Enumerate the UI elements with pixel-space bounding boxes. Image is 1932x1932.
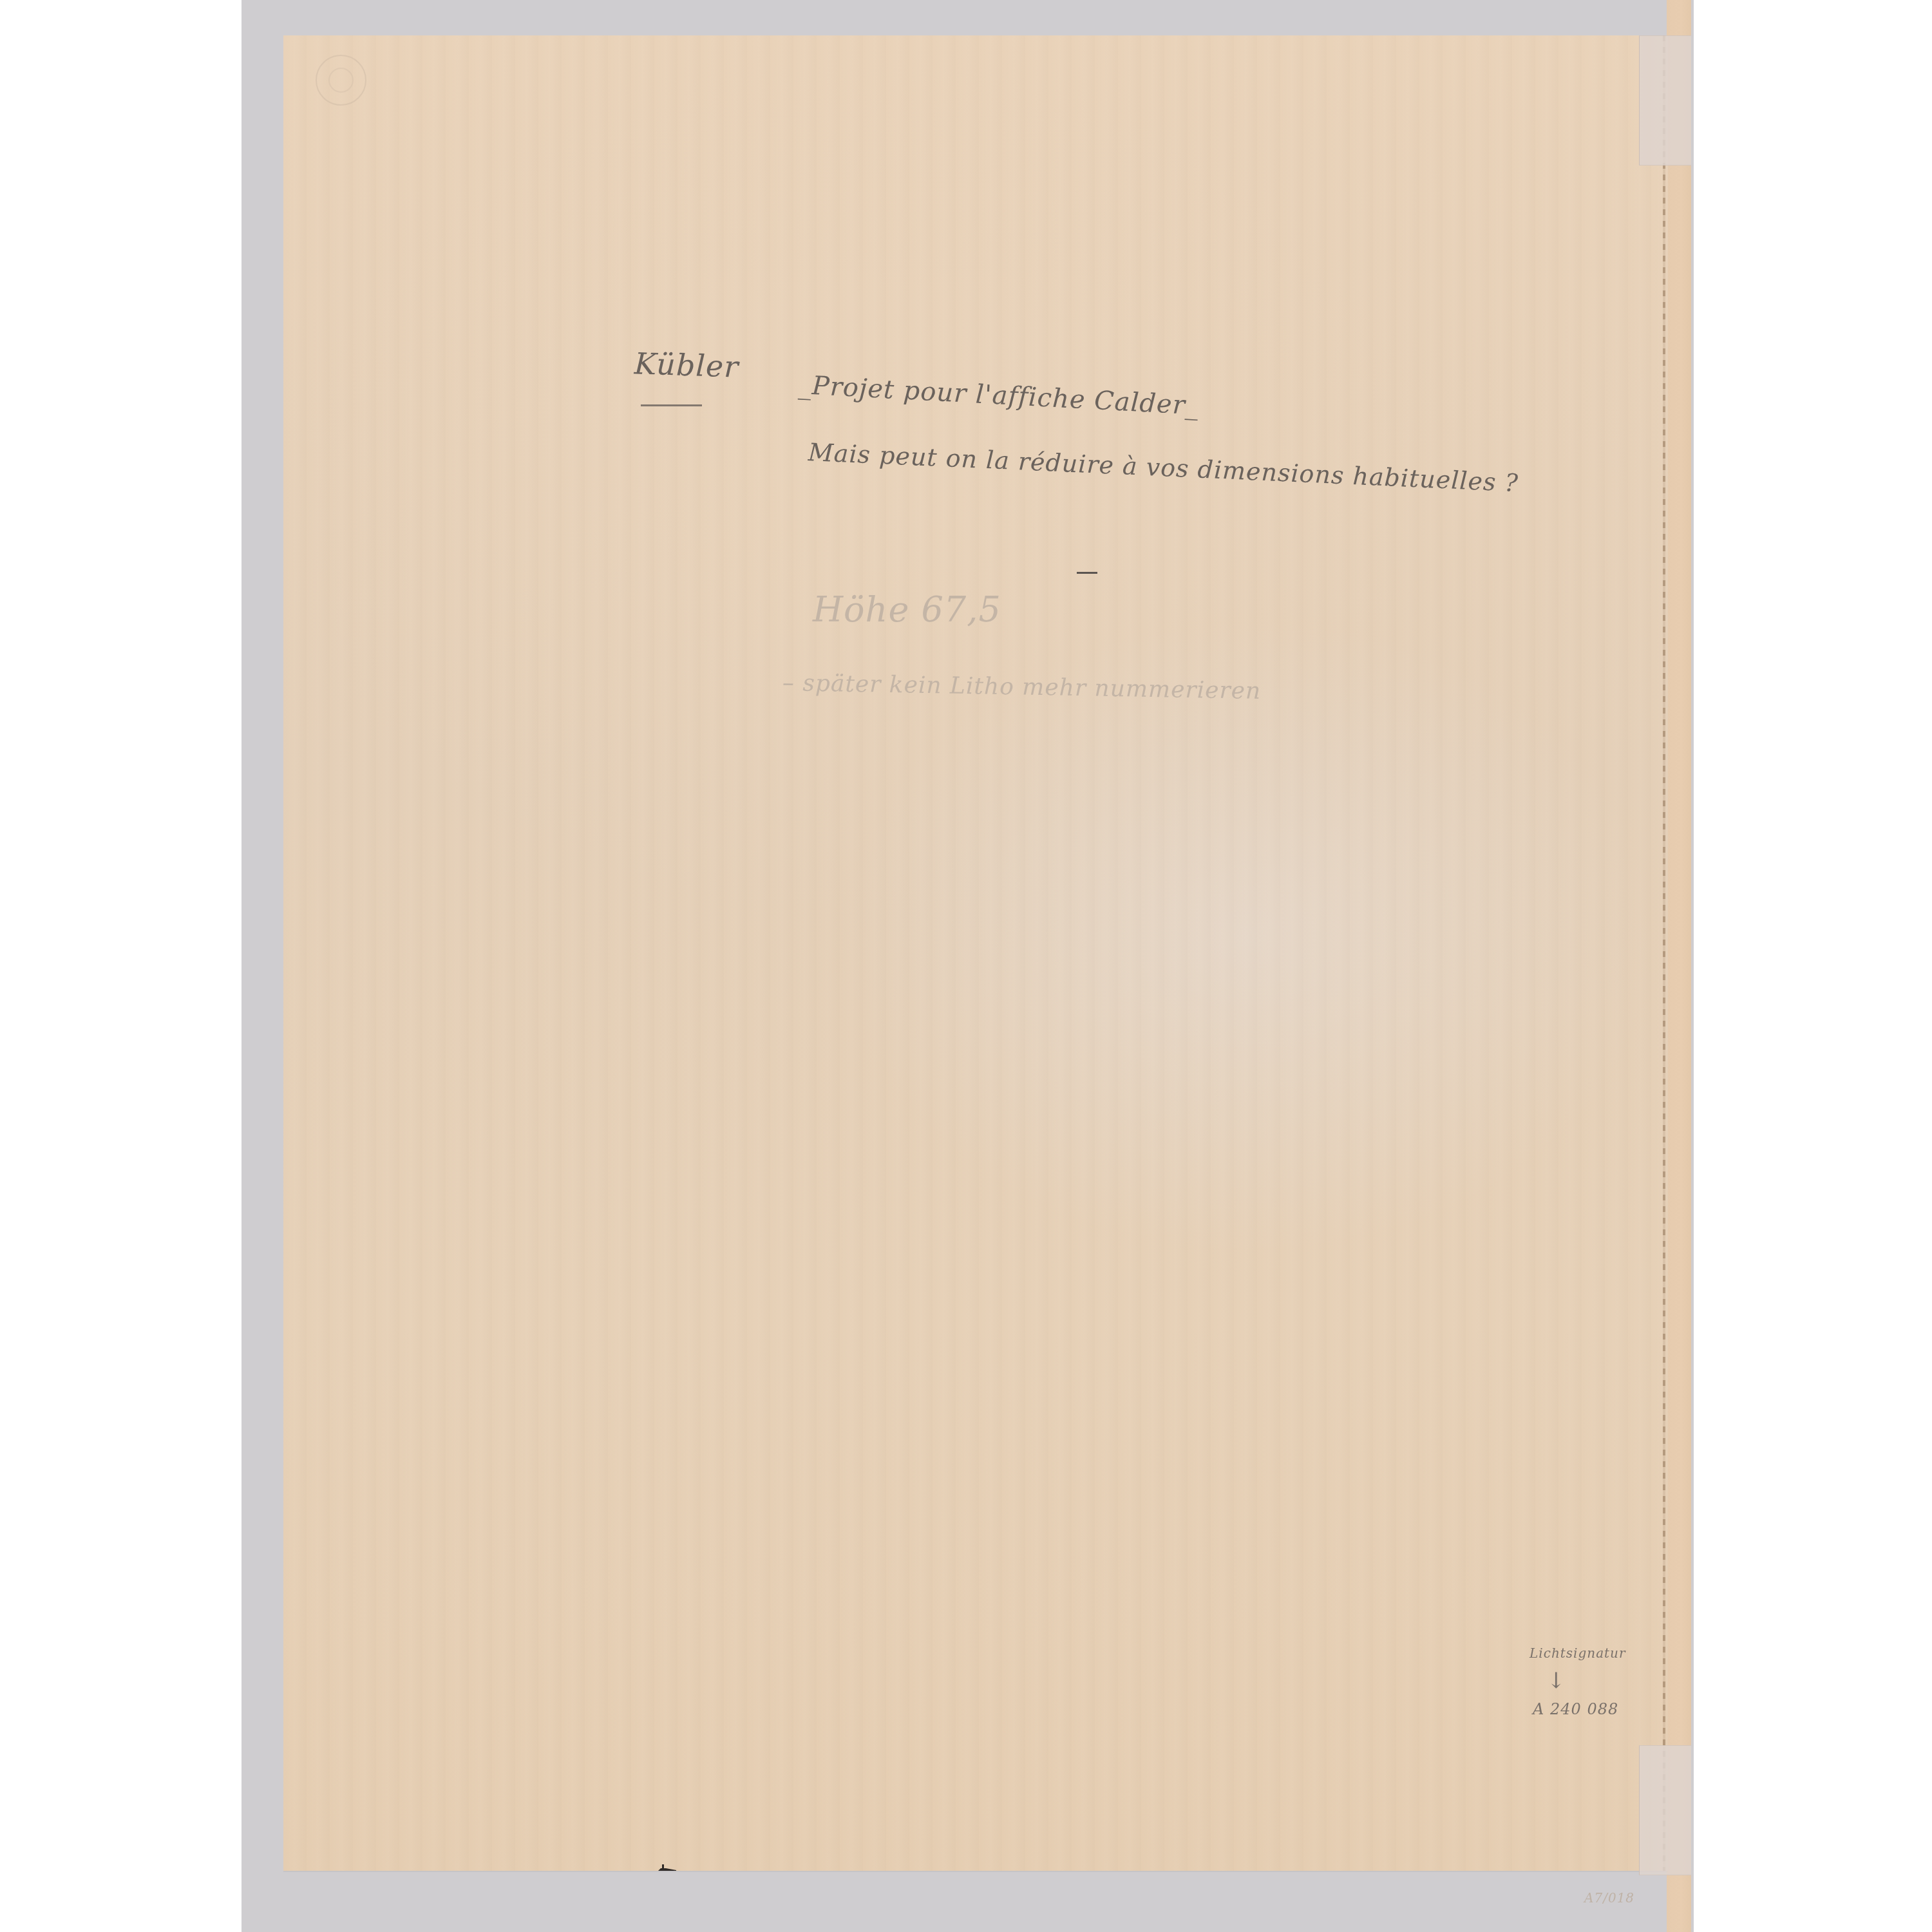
tape-strip-bottom bbox=[1639, 1745, 1691, 1875]
corner-code: A7/018 bbox=[1584, 1890, 1634, 1906]
addressee-underline bbox=[641, 404, 702, 406]
tape-strip-top bbox=[1639, 35, 1691, 166]
blind-stamp-icon bbox=[316, 55, 366, 106]
paper-sheet bbox=[283, 35, 1668, 1871]
inventory-label: Lichtsignatur bbox=[1529, 1645, 1626, 1661]
addressee-note: Kübler bbox=[634, 346, 739, 384]
inventory-number: A 240 088 bbox=[1533, 1700, 1618, 1718]
perforated-right-edge bbox=[1663, 35, 1665, 1871]
scan-stage: Kübler _Projet pour l'affiche Calder_ Ma… bbox=[0, 0, 1932, 1932]
height-note: Höhe 67,5 bbox=[813, 589, 1001, 630]
underlying-sheet-edge bbox=[1667, 0, 1691, 1932]
arrow-down-icon: ↓ bbox=[1547, 1668, 1566, 1694]
ink-blot-icon bbox=[657, 1864, 683, 1871]
separator-dash bbox=[1077, 572, 1097, 574]
